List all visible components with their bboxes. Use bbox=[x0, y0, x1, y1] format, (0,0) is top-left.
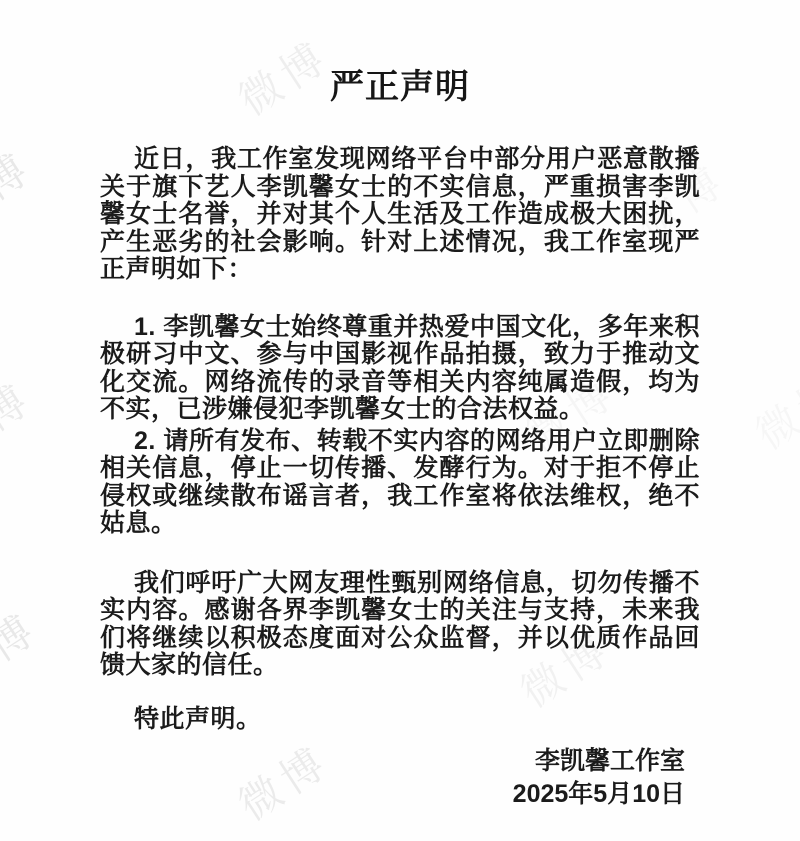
statement-intro-paragraph: 近日，我工作室发现网络平台中部分用户恶意散播关于旗下艺人李凯馨女士的不实信息，严… bbox=[100, 146, 700, 284]
statement-items: 1. 李凯馨女士始终尊重并热爱中国文化，多年来积极研习中文、参与中国影视作品拍摄… bbox=[100, 314, 700, 538]
statement-item-2: 2. 请所有发布、转载不实内容的网络用户立即删除相关信息，停止一切传播、发酵行为… bbox=[100, 428, 700, 538]
statement-item-1: 1. 李凯馨女士始终尊重并热爱中国文化，多年来积极研习中文、参与中国影视作品拍摄… bbox=[100, 314, 700, 424]
statement-closing-line: 特此声明。 bbox=[100, 706, 700, 734]
signature-date: 2025年5月10日 bbox=[100, 778, 685, 811]
statement-document: 严正声明 近日，我工作室发现网络平台中部分用户恶意散播关于旗下艺人李凯馨女士的不… bbox=[0, 64, 800, 811]
statement-title: 严正声明 bbox=[100, 64, 700, 110]
signature-studio-name: 李凯馨工作室 bbox=[100, 745, 685, 778]
statement-outro-paragraph: 我们呼吁广大网友理性甄别网络信息，切勿传播不实内容。感谢各界李凯馨女士的关注与支… bbox=[100, 570, 700, 680]
signature-block: 李凯馨工作室 2025年5月10日 bbox=[100, 745, 700, 811]
